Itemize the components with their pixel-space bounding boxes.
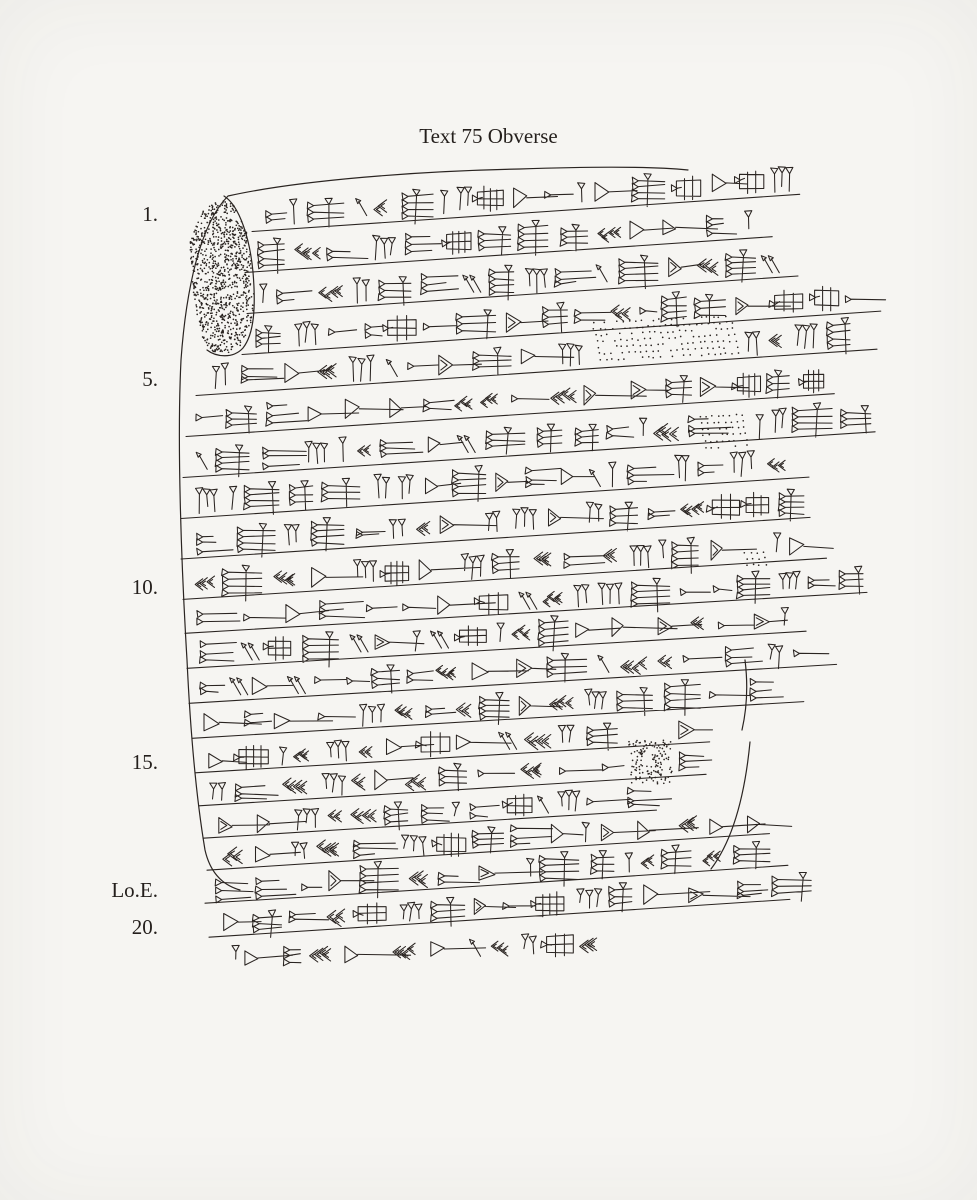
tablet-drawing — [0, 0, 977, 1200]
cuneiform-glyph-strokes — [181, 167, 886, 966]
page: Text 75 Obverse 1.5.10.15.Lo.E.20. — [0, 0, 977, 1200]
